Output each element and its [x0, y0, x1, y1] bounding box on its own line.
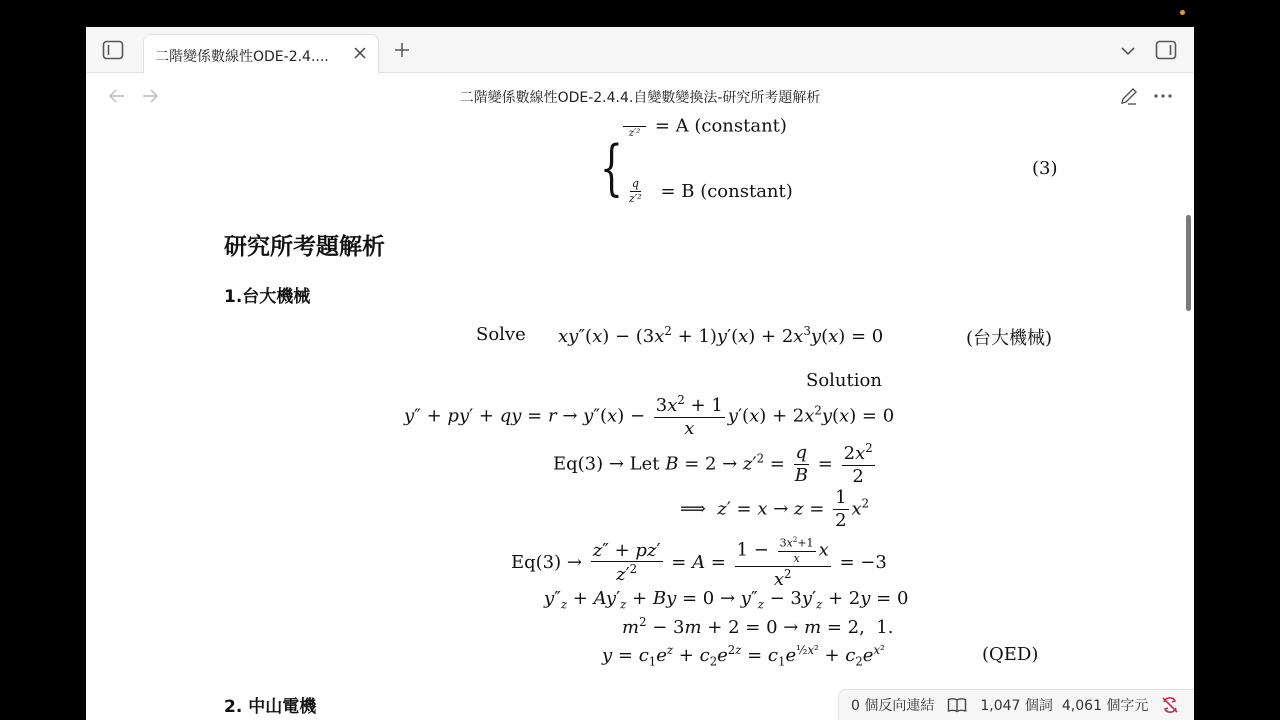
solution-step-6: m2 − 3m + 2 = 0 → m = 2, 1.: [622, 615, 893, 638]
solution-step-5: y″z + Ay′z + By = 0 → y″z − 3y′z + 2y = …: [544, 588, 908, 612]
more-horizontal-icon[interactable]: [1152, 85, 1174, 107]
problem-2-heading: 2. 中山電機: [224, 692, 316, 717]
solution-step-4: Eq(3) → z″ + pz′z′2 = A = 1 − 3x2+1xxx2 …: [511, 536, 887, 590]
nav-header: 二階變係數線性ODE-2.4.4.自變數變換法-研究所考題解析: [86, 74, 1194, 118]
problem-equation: xy″(x) − (3x2 + 1)y′(x) + 2x3y(x) = 0: [558, 324, 883, 347]
plus-icon[interactable]: [392, 40, 412, 60]
notification-dot: [1180, 10, 1185, 15]
sidebar-right-icon[interactable]: [1155, 40, 1177, 60]
book-open-icon[interactable]: [947, 697, 967, 713]
status-bar: 0 個反向連結 1,047 個詞 4,061 個字元: [838, 689, 1194, 720]
document-title: 二階變係數線性ODE-2.4.4.自變數變換法-研究所考題解析: [86, 87, 1194, 107]
solve-label: Solve: [476, 324, 526, 345]
app-window: 二階變係數線性ODE-2.4.... 二階變係數線性ODE-2.4.4.自變數變…: [86, 27, 1194, 720]
equation-number: (3): [1032, 158, 1058, 179]
brace: {: [600, 138, 623, 198]
problem-1-heading: 1.台大機械: [224, 282, 310, 307]
document-content: { z′² = A (constant) qz′² = B (constant)…: [86, 118, 1194, 720]
sidebar-left-icon[interactable]: [102, 40, 124, 60]
close-icon[interactable]: [352, 45, 368, 61]
backlinks-count[interactable]: 0 個反向連結: [851, 695, 934, 715]
qed-tag: (QED): [982, 644, 1038, 665]
tab-bar: 二階變係數線性ODE-2.4....: [86, 27, 1194, 73]
solution-label: Solution: [806, 370, 882, 391]
tab-active[interactable]: 二階變係數線性ODE-2.4....: [143, 34, 379, 74]
solution-step-2: Eq(3) → Let B = 2 → z′2 = qB = 2x22: [553, 442, 878, 487]
solution-step-3: ⟹ z′ = x → z = 12x2: [680, 488, 869, 531]
tab-title: 二階變係數線性ODE-2.4....: [155, 46, 329, 66]
system-row-1: z′² = A (constant): [620, 118, 787, 139]
word-count: 1,047 個詞: [980, 695, 1053, 715]
pencil-icon[interactable]: [1118, 85, 1140, 107]
vertical-scrollbar[interactable]: [1186, 215, 1191, 311]
system-row-2: qz′² = B (constant): [626, 178, 793, 205]
section-title: 研究所考題解析: [224, 228, 385, 261]
source-tag: (台大機械): [966, 324, 1052, 350]
sync-off-icon[interactable]: [1161, 696, 1179, 714]
character-count: 4,061 個字元: [1062, 695, 1149, 715]
solution-step-7: y = c1ez + c2e2z = c1e½x² + c2ex²: [602, 643, 885, 669]
solution-step-1: y″ + py′ + qy = r → y″(x) − 3x2 + 1xy′(x…: [404, 394, 894, 439]
chevron-down-icon[interactable]: [1118, 42, 1138, 60]
